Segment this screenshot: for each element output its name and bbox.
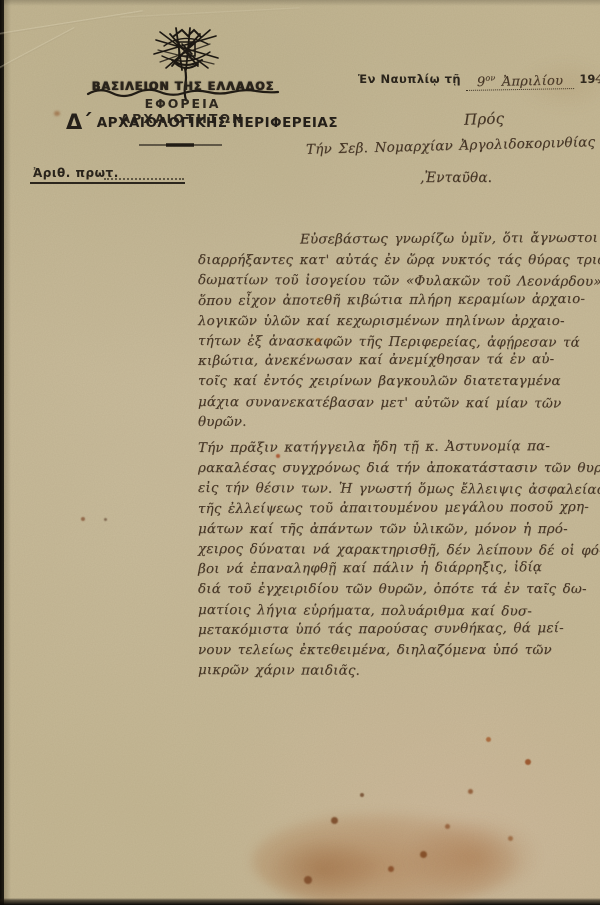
foxing-speck	[54, 111, 60, 116]
body-line: κιβώτια, ἀνεκένωσαν καί ἀνεμίχθησαν τά ἐ…	[198, 350, 590, 372]
foxing-speck	[304, 876, 312, 884]
body-line: τῆς ἐλλείψεως τοῦ ἀπαιτουμένου μεγάλου π…	[198, 498, 590, 520]
foxing-speck	[388, 866, 394, 872]
letter-body: Εὐσεβάστως γνωρίζω ὑμῖν, ὅτι ἄγνωστοι δι…	[198, 231, 590, 681]
district-letter: Δ΄	[66, 110, 92, 134]
date-printed-prefix: Ἐν Ναυπλίῳ τῇ	[358, 72, 461, 86]
body-line: θυρῶν.	[198, 411, 590, 433]
paper-crease	[120, 7, 300, 18]
paper-stain	[408, 818, 538, 896]
scan-left-edge-shadow	[4, 0, 11, 905]
body-paragraph-2: Τήν πρᾶξιν κατήγγειλα ἤδη τῇ κ. Ἀστυνομί…	[198, 439, 590, 681]
body-line: μετακόμιστα ὑπό τάς παρούσας συνθήκας, θ…	[198, 619, 590, 641]
foxing-speck	[420, 851, 427, 858]
body-line: ρακαλέσας συγχρόνως διά τήν ἀποκατάστασι…	[198, 459, 590, 479]
foxing-speck	[445, 824, 450, 829]
foxing-speck	[508, 836, 513, 841]
foxing-speck	[316, 338, 320, 342]
protocol-number-underline	[30, 182, 185, 184]
recipient-salutation: Πρός	[464, 109, 505, 128]
body-line: Τήν πρᾶξιν κατήγγειλα ἤδη τῇ κ. Ἀστυνομί…	[198, 437, 590, 459]
scan-bottom-edge	[0, 898, 600, 905]
foxing-speck	[360, 793, 364, 797]
foxing-speck	[525, 759, 531, 765]
body-line: νουν τελείως ἐκτεθειμένα, διηλαζόμενα ὑπ…	[198, 641, 590, 661]
letterhead-divider-rule	[138, 133, 223, 152]
foxing-speck	[276, 454, 280, 458]
body-line: λογικῶν ὑλῶν καί κεχωρισμένων πηλίνων ἀρ…	[198, 312, 590, 332]
body-line: μικρῶν χάριν παιδιᾶς.	[198, 661, 590, 683]
letterhead-district-line: Δ΄ ΑΡΧΑΙΟΛΟΓΙΚΗΣ ΠΕΡΙΦΕΡΕΙΑΣ	[66, 110, 292, 134]
body-line: διαρρήξαντες κατ' αὐτάς ἐν ὥρᾳ νυκτός τά…	[198, 251, 590, 271]
body-line: τοῖς καί ἐντός χειρίνων βαγκουλῶν διατετ…	[198, 372, 590, 392]
paper-stain	[268, 838, 378, 900]
foxing-speck	[468, 789, 473, 794]
body-paragraph-1: Εὐσεβάστως γνωρίζω ὑμῖν, ὅτι ἄγνωστοι δι…	[198, 231, 590, 433]
paper-stain	[520, 60, 600, 110]
body-line: Εὐσεβάστως γνωρίζω ὑμῖν, ὅτι ἄγνωστοι	[198, 229, 590, 251]
recipient-place-line: ‚Ἐνταῦθα.	[420, 170, 492, 186]
foxing-speck	[486, 737, 491, 742]
protocol-number-dotted-line	[104, 178, 184, 180]
body-line: διά τοῦ ἐγχειριδίου τῶν θυρῶν, ὁπότε τά …	[198, 580, 590, 600]
recipient-address-line: Τήν Σεβ. Νομαρχίαν Ἀργολιδοκορινθίας	[306, 134, 596, 158]
scan-top-edge-shadow	[0, 0, 600, 6]
body-line: μάτων καί τῆς ἀπάντων τῶν ὑλικῶν, μόνον …	[198, 520, 590, 540]
district-name: ΑΡΧΑΙΟΛΟΓΙΚΗΣ ΠΕΡΙΦΕΡΕΙΑΣ	[92, 115, 339, 131]
body-line: βοι νά ἐπαναληφθῇ καί πάλιν ἡ διάρρηξις,…	[198, 558, 590, 580]
foxing-speck	[331, 817, 338, 824]
foxing-speck	[104, 518, 107, 521]
paper-crease	[0, 10, 143, 35]
scanned-letter-page: ΒΑΣΙΛΕΙΟΝ ΤΗΣ ΕΛΛΑΔΟΣ ΕΦΟΡΕΙΑ ΑΡΧΑΙΟΤΗΤΩ…	[0, 0, 600, 905]
foxing-speck	[81, 517, 85, 521]
body-line: ὅπου εἶχον ἀποτεθῆ κιβώτια πλήρη κεραμίω…	[198, 290, 590, 312]
paper-crease	[0, 27, 75, 71]
